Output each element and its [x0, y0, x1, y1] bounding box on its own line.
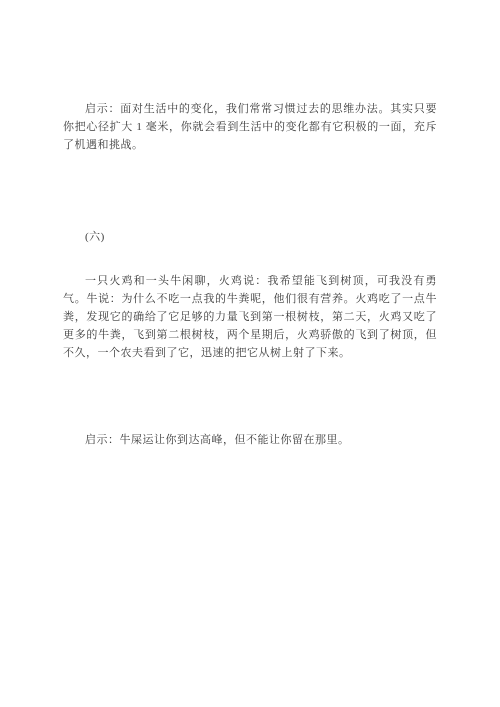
paragraph-insight-2: 启示：牛屎运让你到达高峰，但不能让你留在那里。 [63, 431, 437, 449]
section-heading: (六) [63, 228, 437, 246]
document-content: 启示：面对生活中的变化，我们常常习惯过去的思维办法。其实只要你把心径扩大 1 毫… [63, 0, 437, 449]
document-page: 启示：面对生活中的变化，我们常常习惯过去的思维办法。其实只要你把心径扩大 1 毫… [0, 0, 500, 707]
paragraph-insight-1: 启示：面对生活中的变化，我们常常习惯过去的思维办法。其实只要你把心径扩大 1 毫… [63, 100, 437, 154]
paragraph-story: 一只火鸡和一头牛闲聊，火鸡说：我希望能飞到树顶，可我没有勇气。牛说：为什么不吃一… [63, 272, 437, 362]
